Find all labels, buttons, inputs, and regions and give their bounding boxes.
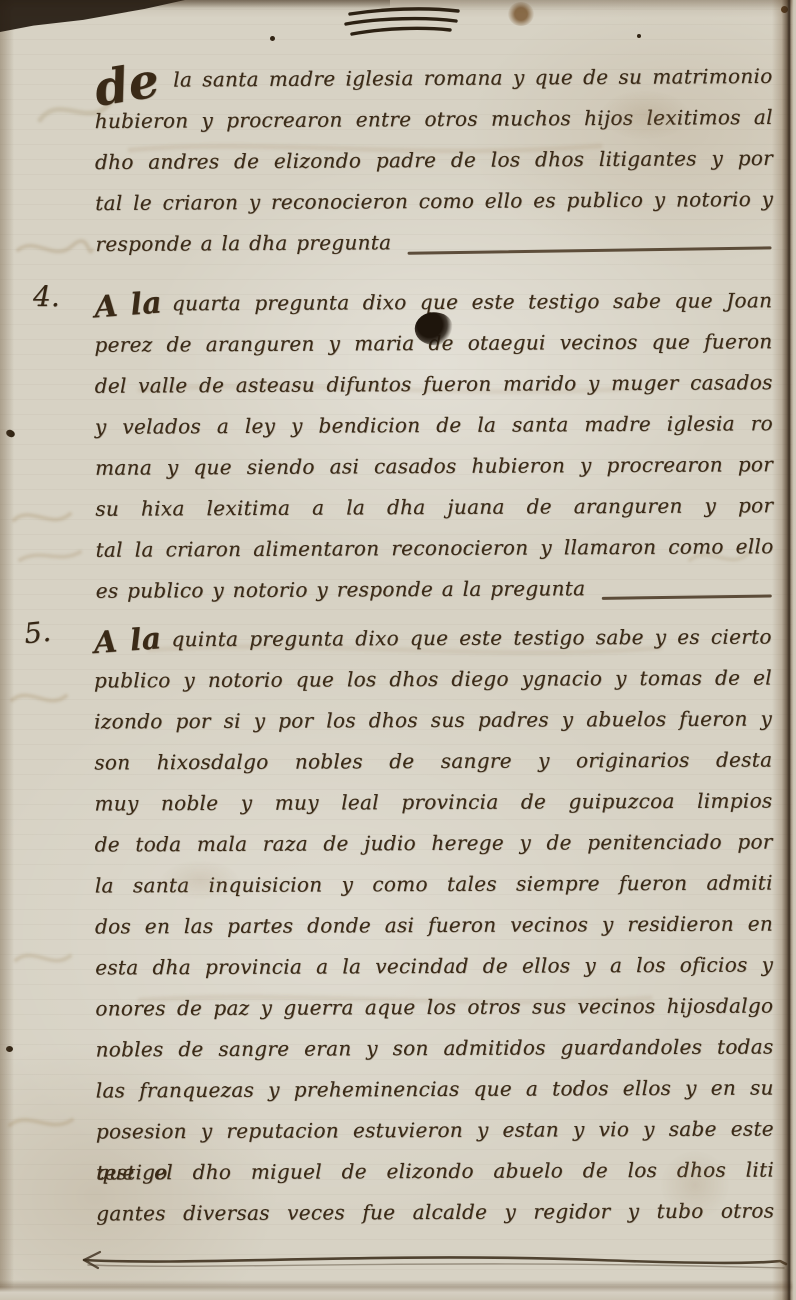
line-text: tal le criaron y reconocieron como ello … bbox=[95, 179, 773, 224]
line-text: dho andres de elizondo padre de los dhos… bbox=[95, 138, 773, 183]
paper-smudge bbox=[600, 90, 690, 140]
line-text: es publico y notorio y responde a la pre… bbox=[96, 568, 586, 612]
manuscript-line: posesion y reputacion estuvieron y estan… bbox=[96, 1109, 774, 1153]
manuscript-line: de toda mala raza de judio herege y de p… bbox=[95, 822, 773, 866]
manuscript-line: mana y que siendo asi casados hubieron y… bbox=[95, 444, 773, 489]
paragraph-3-continuation: de la santa madre iglesia romana y que d… bbox=[94, 56, 773, 265]
manuscript-line: las franquezas y preheminencias que a to… bbox=[96, 1068, 774, 1112]
line-text: publico y notorio que los dhos diego ygn… bbox=[94, 658, 772, 702]
manuscript-line: y velados a ley y bendicion de la santa … bbox=[95, 403, 773, 448]
line-text: la santa madre iglesia romana y que de s… bbox=[173, 56, 773, 101]
line-text: de toda mala raza de judio herege y de p… bbox=[95, 822, 773, 866]
manuscript-line: dho andres de elizondo padre de los dhos… bbox=[95, 138, 773, 183]
margin-number-4: 4. bbox=[33, 280, 60, 313]
manuscript-line: tal le criaron y reconocieron como ello … bbox=[95, 179, 773, 224]
line-text: quinta pregunta dixo que este testigo sa… bbox=[171, 617, 771, 661]
paragraph-end-rule bbox=[407, 246, 771, 254]
page-bottom-crease bbox=[0, 1280, 796, 1300]
line-text: del valle de asteasu difuntos fueron mar… bbox=[95, 362, 773, 407]
flourished-opening: A la bbox=[93, 284, 173, 328]
paragraph-end-rule bbox=[601, 594, 771, 599]
line-text: tal la criaron alimentaron reconocieron … bbox=[95, 526, 773, 571]
manuscript-line: tal la criaron alimentaron reconocieron … bbox=[95, 526, 773, 571]
line-text: esta dha provincia a la vecindad de ello… bbox=[95, 945, 773, 989]
bottom-flourish-rule bbox=[78, 1248, 792, 1274]
manuscript-line: esta dha provincia a la vecindad de ello… bbox=[95, 945, 773, 989]
line-text: las franquezas y preheminencias que a to… bbox=[96, 1068, 774, 1112]
margin-number-5: 5. bbox=[22, 615, 52, 651]
ink-speck bbox=[270, 36, 275, 41]
line-text: son hixosdalgo nobles de sangre y origin… bbox=[94, 740, 772, 784]
manuscript-line: del valle de asteasu difuntos fueron mar… bbox=[95, 362, 773, 407]
page-edge-left bbox=[0, 0, 14, 1300]
manuscript-line: publico y notorio que los dhos diego ygn… bbox=[94, 658, 772, 702]
paragraph-question-5: A la quinta pregunta dixo que este testi… bbox=[94, 617, 775, 1235]
manuscript-line: es publico y notorio y responde a la pre… bbox=[96, 567, 774, 612]
manuscript-line: onores de paz y guerra aque los otros su… bbox=[95, 986, 773, 1030]
paper-smudge bbox=[160, 860, 240, 900]
line-text: quarta pregunta dixo que este testigo sa… bbox=[172, 280, 772, 324]
flourished-opening: A la bbox=[92, 619, 172, 663]
manuscript-line: A la quinta pregunta dixo que este testi… bbox=[94, 617, 772, 661]
page-edge-right-binding bbox=[772, 0, 796, 1300]
line-text: su hixa lexitima a la dha juana de arang… bbox=[95, 485, 773, 530]
page-edge-top-shadow bbox=[150, 0, 390, 8]
line-text: nobles de sangre eran y son admitidos gu… bbox=[95, 1027, 773, 1071]
manuscript-line: muy noble y muy leal provincia de guipuz… bbox=[94, 781, 772, 825]
line-text: muy noble y muy leal provincia de guipuz… bbox=[94, 781, 772, 825]
manuscript-line: son hixosdalgo nobles de sangre y origin… bbox=[94, 740, 772, 784]
manuscript-line: su hixa lexitima a la dha juana de arang… bbox=[95, 485, 773, 530]
line-text: onores de paz y guerra aque los otros su… bbox=[95, 986, 773, 1030]
manuscript-line: nobles de sangre eran y son admitidos gu… bbox=[95, 1027, 773, 1071]
manuscript-line: responde a la dha pregunta bbox=[95, 220, 773, 265]
line-text: dos en las partes donde asi fueron vecin… bbox=[95, 904, 773, 948]
line-text: mana y que siendo asi casados hubieron y… bbox=[95, 444, 773, 489]
line-text: y velados a ley y bendicion de la santa … bbox=[95, 403, 773, 448]
manuscript-line: dos en las partes donde asi fueron vecin… bbox=[95, 904, 773, 948]
line-text: responde a la dha pregunta bbox=[95, 222, 391, 265]
manuscript-text: de la santa madre iglesia romana y que d… bbox=[0, 0, 796, 1300]
manuscript-page: de la santa madre iglesia romana y que d… bbox=[0, 0, 796, 1300]
line-text: izondo por si y por los dhos sus padres … bbox=[94, 699, 772, 743]
ink-speck bbox=[637, 34, 641, 38]
paper-smudge bbox=[660, 1150, 730, 1220]
manuscript-line: izondo por si y por los dhos sus padres … bbox=[94, 699, 772, 743]
